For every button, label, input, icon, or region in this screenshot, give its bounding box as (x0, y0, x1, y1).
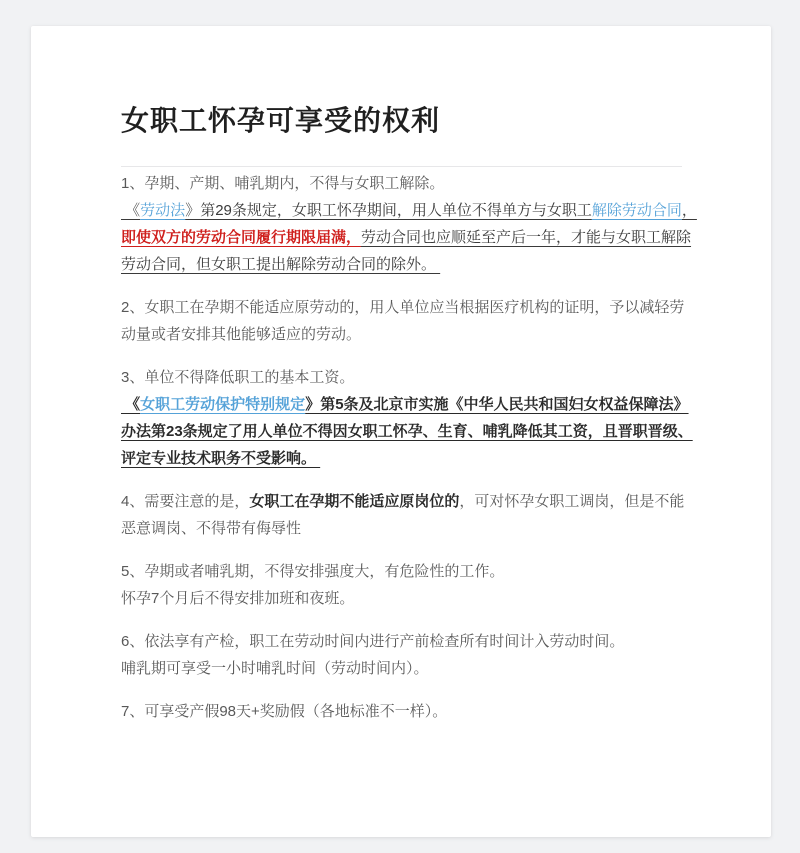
text-run: 1、孕期、产期、哺乳期内，不得与女职工解除。 (121, 175, 444, 192)
text-run: 即使双方的劳动合同履行期限届满， (121, 229, 361, 246)
article-body: 1、孕期、产期、哺乳期内，不得与女职工解除。 《劳动法》第29条规定，女职工怀孕… (121, 170, 721, 725)
article-section: 7、可享受产假98天+奖励假（各地标准不一样）。 (121, 698, 721, 725)
article-section: 2、女职工在孕期不能适应原劳动的，用人单位应当根据医疗机构的证明，予以减轻劳 动… (121, 294, 721, 348)
text-run: 》第29条规定，女职工怀孕期间，用人单位不得单方与女职工 (185, 202, 592, 219)
article-section: 3、单位不得降低职工的基本工资。 《女职工劳动保护特别规定》第5条及北京市实施《… (121, 364, 721, 472)
inline-link[interactable]: 女职工劳动保护特别规定 (140, 396, 305, 413)
text-run: 《 (121, 202, 140, 219)
title-divider (121, 166, 682, 167)
article-section: 1、孕期、产期、哺乳期内，不得与女职工解除。 《劳动法》第29条规定，女职工怀孕… (121, 170, 721, 278)
text-run: 5、孕期或者哺乳期，不得安排强度大，有危险性的工作。 怀孕7个月后不得安排加班和… (121, 563, 504, 607)
paragraph: 6、依法享有产检，职工在劳动时间内进行产前检查所有时间计入劳动时间。 哺乳期可享… (121, 628, 721, 682)
article-card: 女职工怀孕可享受的权利 1、孕期、产期、哺乳期内，不得与女职工解除。 《劳动法》… (31, 26, 771, 837)
article-section: 4、需要注意的是，女职工在孕期不能适应原岗位的，可对怀孕女职工调岗，但是不能 恶… (121, 488, 721, 542)
page-background: { "colors": { "page_background": "#f1f2f… (0, 0, 800, 853)
paragraph: 3、单位不得降低职工的基本工资。 (121, 364, 721, 391)
inline-link[interactable]: 解除劳动合同 (592, 202, 682, 219)
text-run: ， (682, 202, 697, 219)
paragraph: 5、孕期或者哺乳期，不得安排强度大，有危险性的工作。 怀孕7个月后不得安排加班和… (121, 558, 721, 612)
text-run: 4、需要注意的是， (121, 493, 249, 510)
paragraph: 4、需要注意的是，女职工在孕期不能适应原岗位的，可对怀孕女职工调岗，但是不能 恶… (121, 488, 721, 542)
paragraph: 2、女职工在孕期不能适应原劳动的，用人单位应当根据医疗机构的证明，予以减轻劳 动… (121, 294, 721, 348)
article-section: 6、依法享有产检，职工在劳动时间内进行产前检查所有时间计入劳动时间。 哺乳期可享… (121, 628, 721, 682)
text-run: 6、依法享有产检，职工在劳动时间内进行产前检查所有时间计入劳动时间。 哺乳期可享… (121, 633, 624, 677)
text-run: 7、可享受产假98天+奖励假（各地标准不一样）。 (121, 703, 447, 720)
text-run: 女职工在孕期不能适应原岗位的 (249, 493, 459, 510)
article-section: 5、孕期或者哺乳期，不得安排强度大，有危险性的工作。 怀孕7个月后不得安排加班和… (121, 558, 721, 612)
inline-link[interactable]: 劳动法 (140, 202, 185, 219)
text-run: 2、女职工在孕期不能适应原劳动的，用人单位应当根据医疗机构的证明，予以减轻劳 动… (121, 299, 684, 343)
highlighted-paragraph: 《劳动法》第29条规定，女职工怀孕期间，用人单位不得单方与女职工解除劳动合同， … (121, 197, 721, 278)
paragraph: 7、可享受产假98天+奖励假（各地标准不一样）。 (121, 698, 721, 725)
highlighted-paragraph: 《女职工劳动保护特别规定》第5条及北京市实施《中华人民共和国妇女权益保障法》 办… (121, 391, 721, 472)
page-title: 女职工怀孕可享受的权利 (121, 102, 721, 140)
text-run: 3、单位不得降低职工的基本工资。 (121, 369, 354, 386)
article-content: 女职工怀孕可享受的权利 1、孕期、产期、哺乳期内，不得与女职工解除。 《劳动法》… (31, 26, 771, 725)
paragraph: 1、孕期、产期、哺乳期内，不得与女职工解除。 (121, 170, 721, 197)
text-run: 《 (121, 396, 140, 413)
